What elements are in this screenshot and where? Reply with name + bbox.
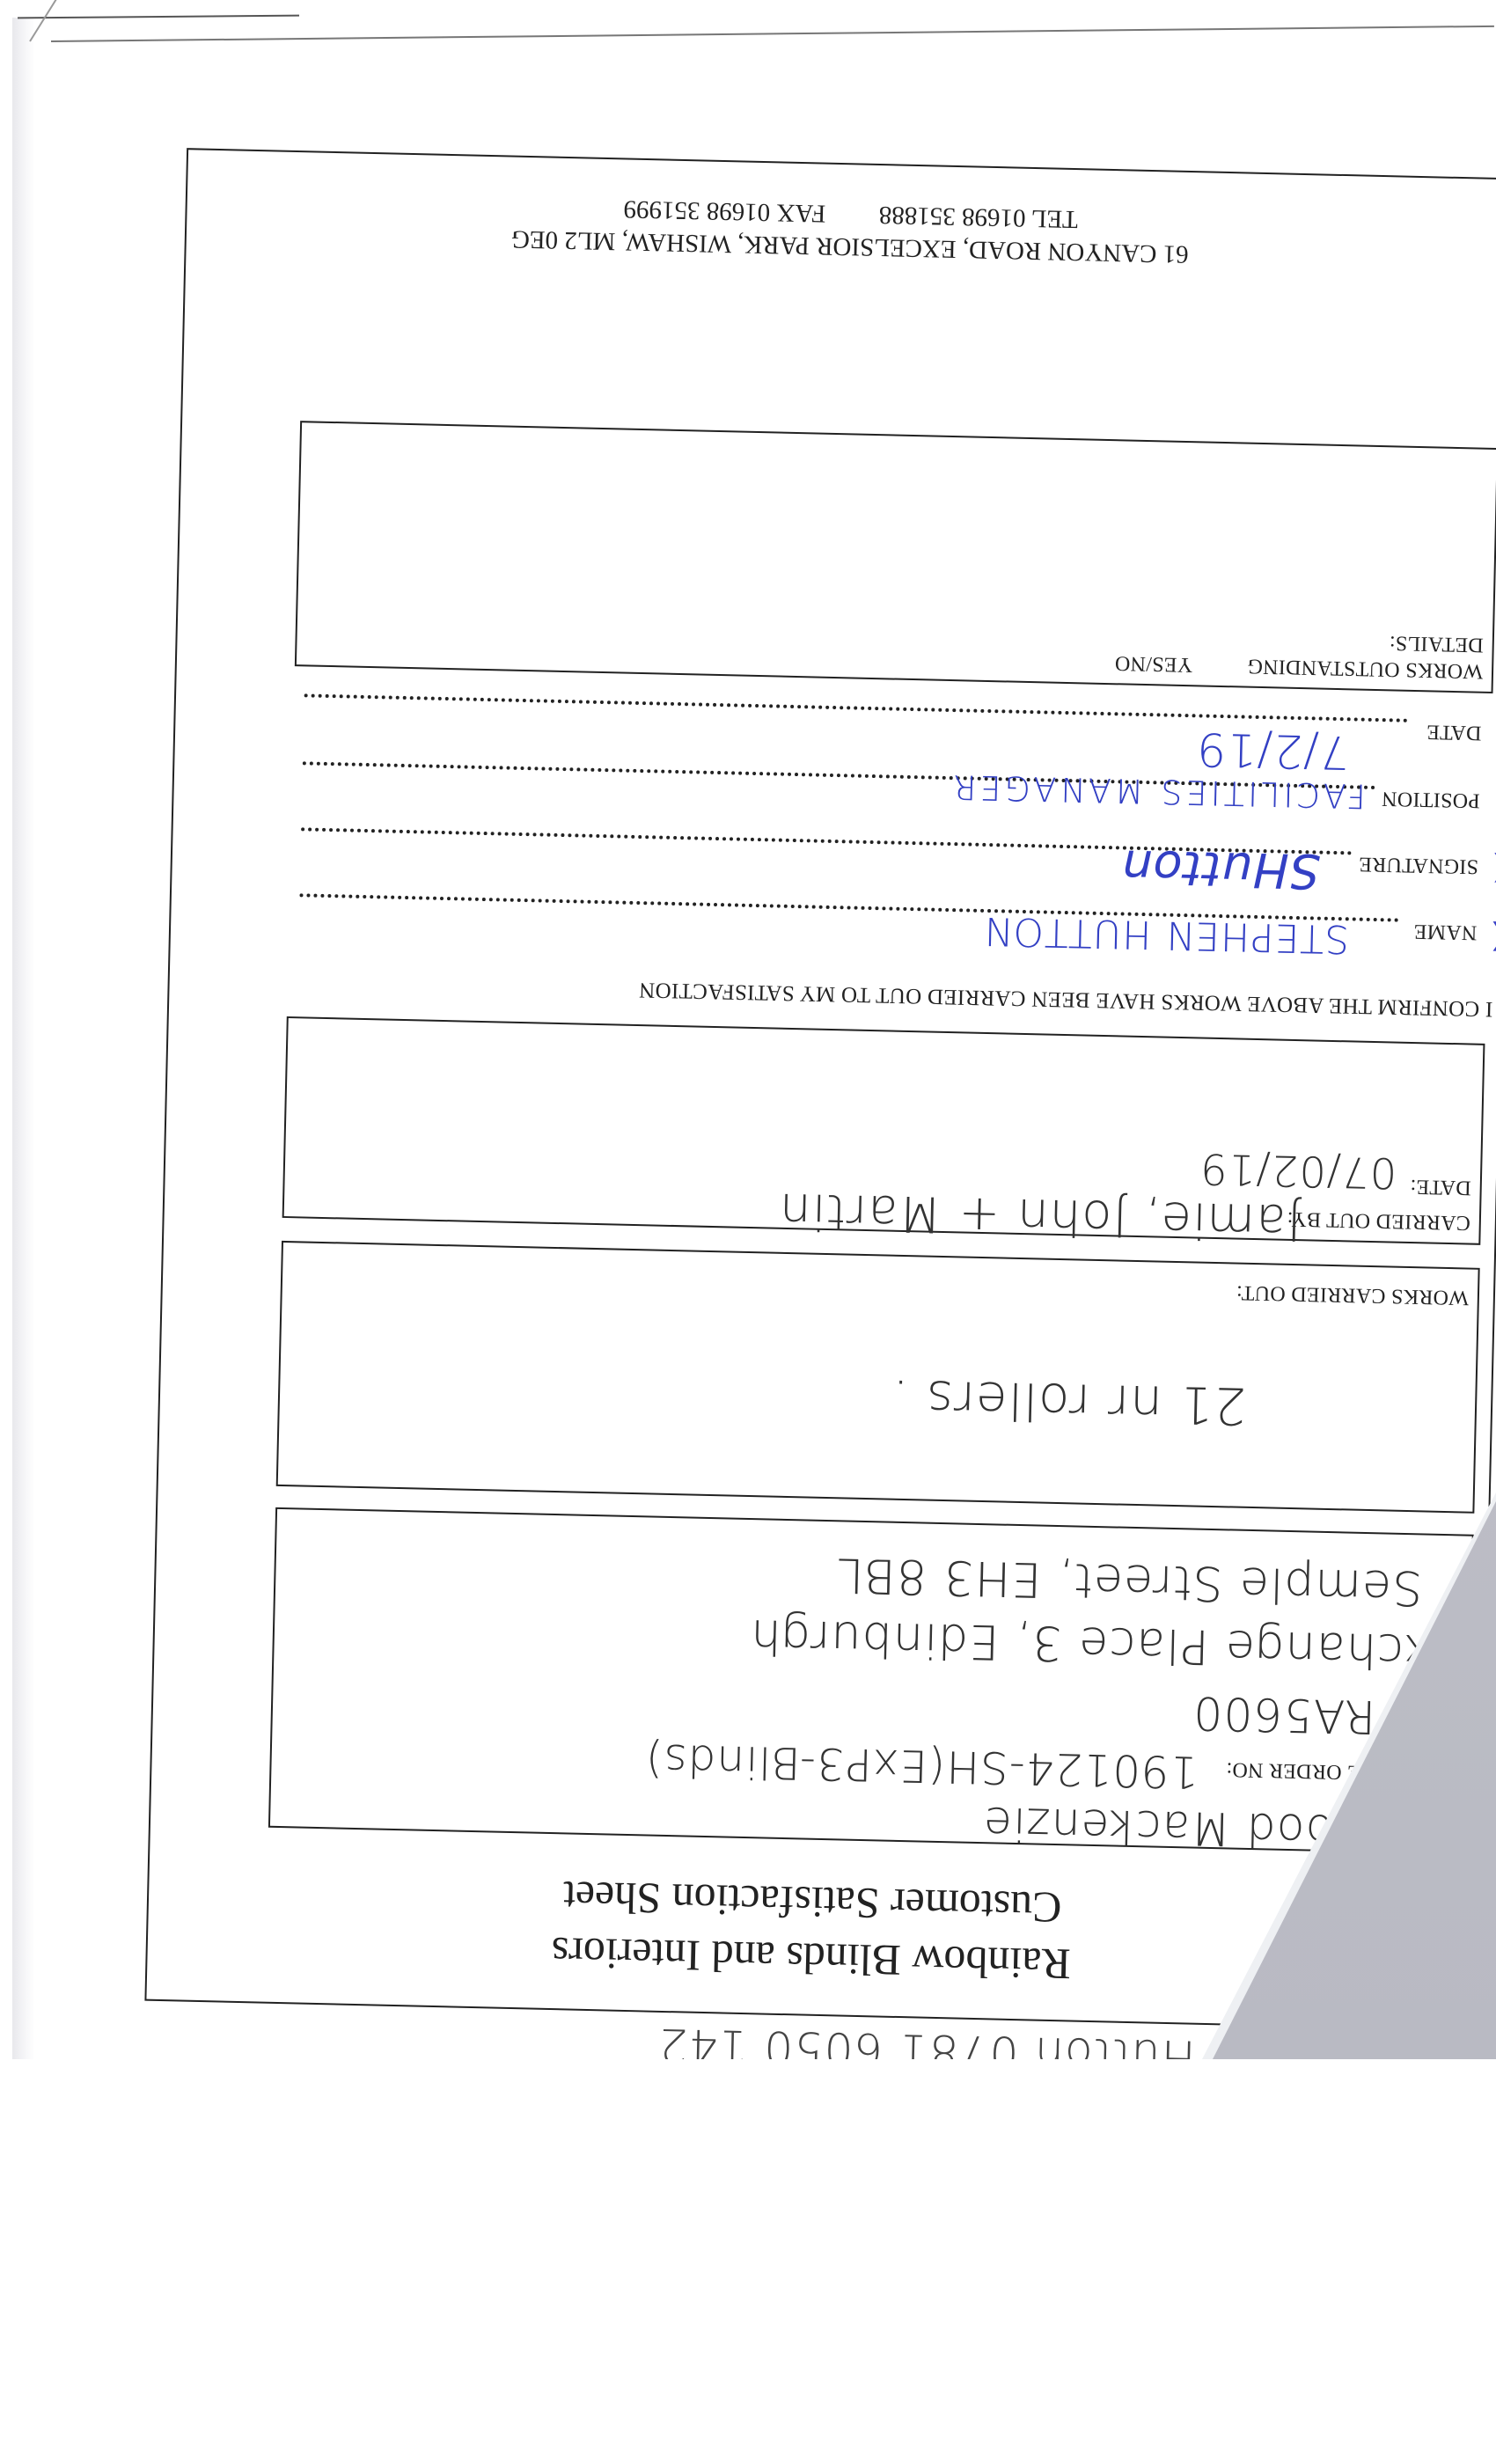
works-carried-out-value[interactable]: 21 nr rollers . [891,1368,1247,1436]
signature-x-mark: X [1492,847,1496,888]
position-label: POSITION [1382,786,1480,812]
confirm-date-label: DATE [1426,719,1482,744]
customer-satisfaction-form: Rainbow Blinds and Interiors Customer Sa… [141,144,1496,2031]
works-outstanding-options[interactable]: YES/NO [1114,650,1192,676]
scan-edge-shadow [12,18,35,2059]
scan-edge-line [18,15,299,19]
carried-out-date-value[interactable]: 07/02/19 [1199,1144,1397,1198]
scanned-page: Rainbow Blinds and Interiors Customer Sa… [0,0,1496,2059]
confirm-date-value[interactable]: 7/2/19 [1196,722,1350,778]
name-value[interactable]: STEPHEN HUTTON [982,908,1350,961]
carried-out-date-label: DATE: [1410,1174,1471,1199]
company-tel: TEL 01698 351888 [878,201,1078,233]
works-outstanding-box [295,421,1496,693]
job-number-value[interactable]: RA5600 [1192,1686,1376,1743]
signature-value[interactable]: SHutton [1120,839,1320,898]
name-x-mark: X [1491,915,1496,957]
client-value[interactable]: Nood Mackenzie [982,1796,1369,1858]
carried-out-by-label: CARRIED OUT BY: [1287,1206,1470,1235]
company-fax: FAX 01698 351999 [623,194,826,227]
scan-edge-line [51,26,1494,42]
works-outstanding-details-label: DETAILS: [1389,630,1484,656]
name-label: NAME [1413,919,1477,944]
signature-label: SIGNATURE [1359,852,1479,878]
